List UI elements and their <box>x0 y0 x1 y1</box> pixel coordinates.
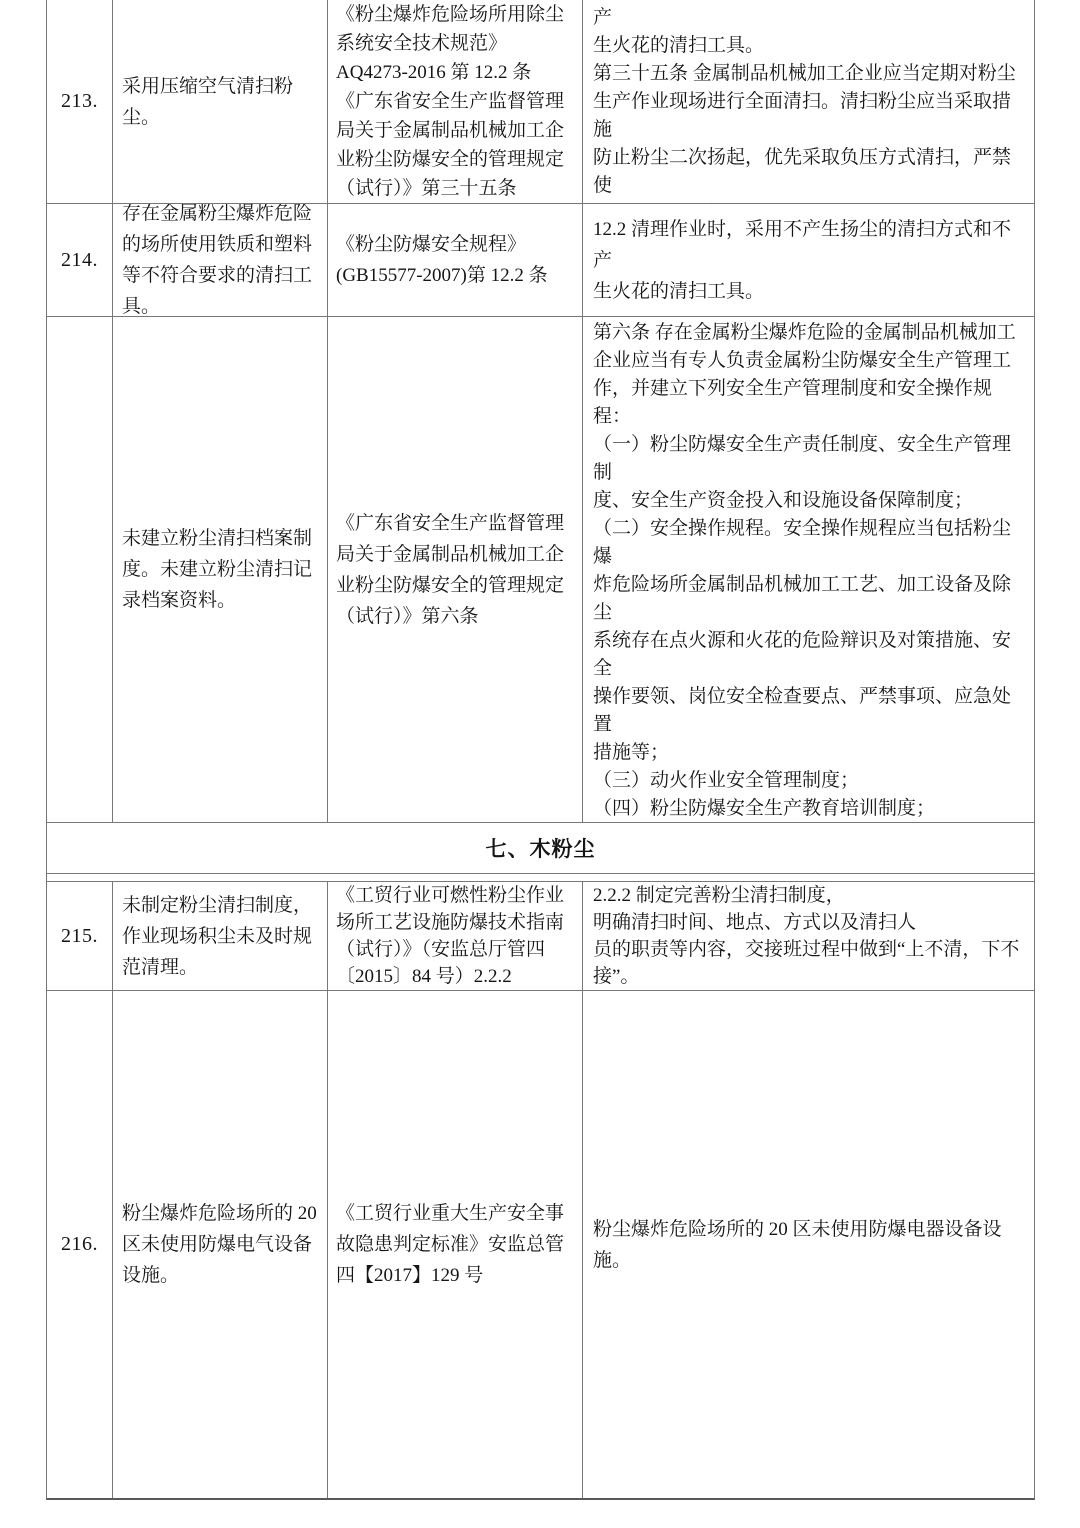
hazard-description: 未制定粉尘清扫制度， 作业现场积尘未及时规 范清理。 <box>113 882 328 990</box>
regulation-reference: 《广东省安全生产监督管理 局关于金属制品机械加工企 业粉尘防爆安全的管理规定 （… <box>328 317 583 822</box>
row-number: 216. <box>47 991 113 1498</box>
table-row: 213. 采用压缩空气清扫粉 尘。 《粉尘爆炸危险场所用除尘 系统安全技术规范》… <box>47 0 1034 203</box>
regulation-reference: 《粉尘爆炸危险场所用除尘 系统安全技术规范》 AQ4273-2016 第 12.… <box>328 0 583 203</box>
regulation-text: 12.2 清理作业时，采用不产生扬尘的清扫方式和不产 生火花的清扫工具。 第三十… <box>583 0 1034 203</box>
row-number <box>47 317 113 822</box>
regulation-text: 12.2 清理作业时，采用不产生扬尘的清扫方式和不产 生火花的清扫工具。 <box>583 204 1034 316</box>
section-title: 七、木粉尘 <box>486 833 596 863</box>
row-number: 213. <box>47 0 113 203</box>
table-row: 未建立粉尘清扫档案制 度。未建立粉尘清扫记 录档案资料。 《广东省安全生产监督管… <box>47 316 1034 822</box>
hazard-description: 存在金属粉尘爆炸危险 的场所使用铁质和塑料 等不符合要求的清扫工 具。 <box>113 204 328 316</box>
hazard-description: 未建立粉尘清扫档案制 度。未建立粉尘清扫记 录档案资料。 <box>113 317 328 822</box>
regulation-text: 2.2.2 制定完善粉尘清扫制度， 明确清扫时间、地点、方式以及清扫人 员的职责… <box>583 882 1034 990</box>
regulation-text: 粉尘爆炸危险场所的 20 区未使用防爆电器设备设施。 <box>583 991 1034 1498</box>
hazard-description: 采用压缩空气清扫粉 尘。 <box>113 0 328 203</box>
table-row: 216. 粉尘爆炸危险场所的 20 区未使用防爆电气设备 设施。 《工贸行业重大… <box>47 990 1034 1498</box>
regulation-text: 第六条 存在金属粉尘爆炸危险的金属制品机械加工 企业应当有专人负责金属粉尘防爆安… <box>583 317 1034 822</box>
row-number: 215. <box>47 882 113 990</box>
hazard-description: 粉尘爆炸危险场所的 20 区未使用防爆电气设备 设施。 <box>113 991 328 1498</box>
row-number: 214. <box>47 204 113 316</box>
hazard-regulation-table: 213. 采用压缩空气清扫粉 尘。 《粉尘爆炸危险场所用除尘 系统安全技术规范》… <box>46 0 1035 1500</box>
table-row: 215. 未制定粉尘清扫制度， 作业现场积尘未及时规 范清理。 《工贸行业可燃性… <box>47 881 1034 990</box>
table-row: 214. 存在金属粉尘爆炸危险 的场所使用铁质和塑料 等不符合要求的清扫工 具。… <box>47 203 1034 316</box>
regulation-reference: 《粉尘防爆安全规程》 (GB15577-2007)第 12.2 条 <box>328 204 583 316</box>
regulation-reference: 《工贸行业可燃性粉尘作业 场所工艺设施防爆技术指南 （试行）》（安监总厅管四 〔… <box>328 882 583 990</box>
table-gap-strip <box>47 873 1034 881</box>
section-header-row: 七、木粉尘 <box>47 822 1034 873</box>
regulation-reference: 《工贸行业重大生产安全事 故隐患判定标准》安监总管 四【2017】129 号 <box>328 991 583 1498</box>
